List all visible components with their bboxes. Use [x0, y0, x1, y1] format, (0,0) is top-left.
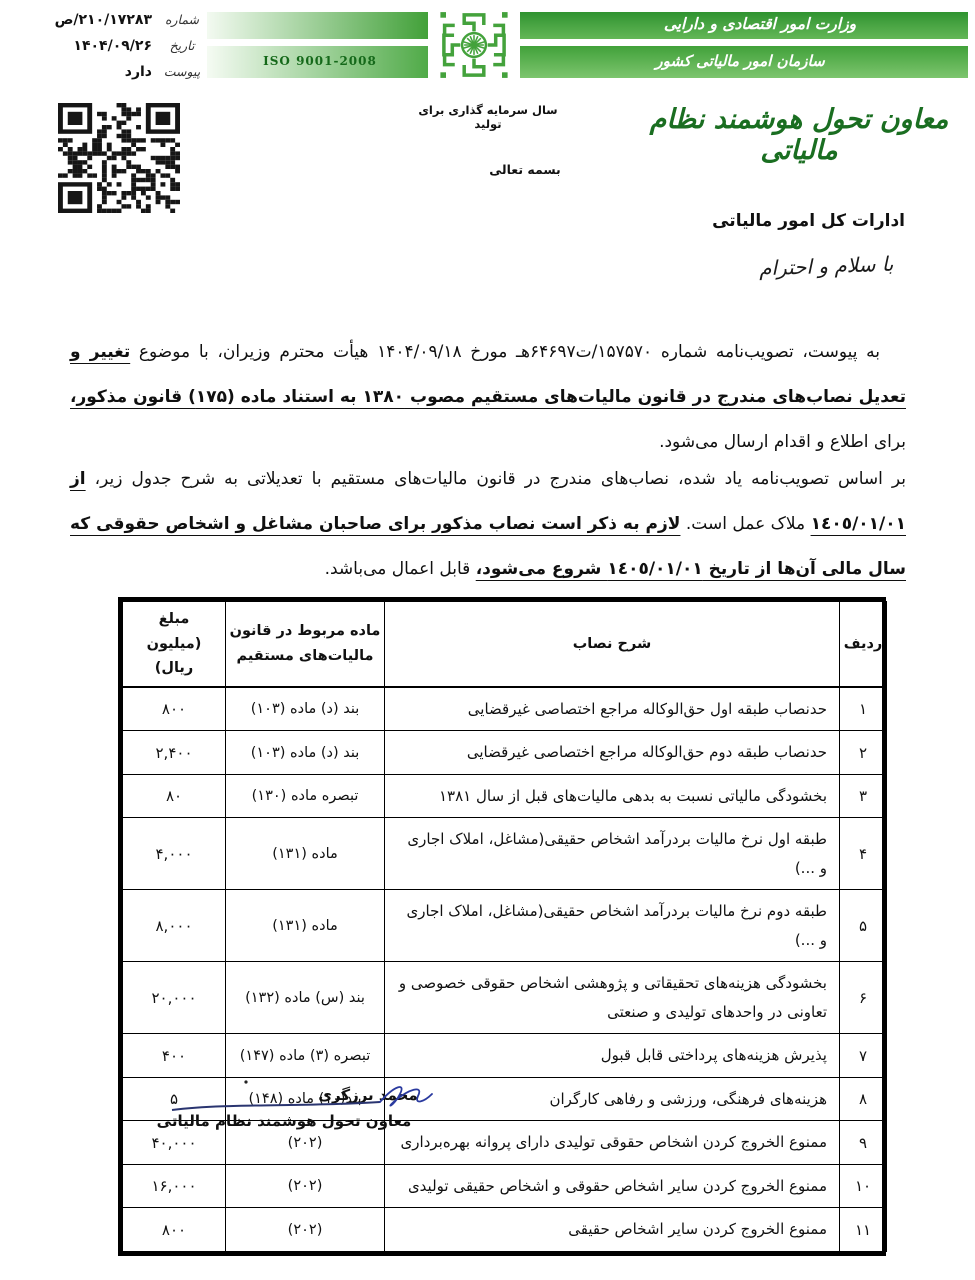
table-row: ۳بخشودگی مالیاتی نسبت به بدهی مالیات‌های…: [123, 774, 887, 818]
salutation-handwriting: با سلام و احترام: [758, 252, 893, 281]
p1-normal-1: به پیوست، تصویب‌نامه شماره ۱۵۷۵۷۰/ت۶۴۶۹۷…: [130, 342, 880, 362]
table-row: ۵طبقه دوم نرخ مالیات بردرآمد اشخاص حقیقی…: [123, 890, 887, 962]
row-description: پذیرش هزینه‌های پرداختی قابل قبول: [385, 1034, 840, 1078]
table-row: ۴طبقه اول نرخ مالیات بردرآمد اشخاص حقیقی…: [123, 818, 887, 890]
nisab-table-header: ردیف شرح نصاب ماده مربوط در قانون مالیات…: [123, 602, 887, 687]
tax-administration-logo-icon: [432, 4, 516, 86]
row-description: حدنصاب طبقه دوم حق‌الوکاله مراجع اختصاصی…: [385, 731, 840, 775]
qr-code: [58, 103, 180, 213]
row-number: ۹: [840, 1121, 887, 1165]
p2-normal-3: قابل اعمال می‌باشد.: [325, 559, 476, 579]
letter-meta: شماره ۲۱۰/۱۷۲۸۳/ص تاریخ ۱۴۰۴/۰۹/۲۶ پیوست…: [6, 12, 206, 90]
row-description: هزینه‌های فرهنگی، ورزشی و رفاهی کارگران: [385, 1077, 840, 1121]
table-row: ۲حدنصاب طبقه دوم حق‌الوکاله مراجع اختصاص…: [123, 731, 887, 775]
row-number: ۲: [840, 731, 887, 775]
organization-name: سازمان امور مالیاتی کشور: [560, 52, 920, 70]
row-amount: ۲۰,۰۰۰: [123, 962, 226, 1034]
row-number: ۶: [840, 962, 887, 1034]
header-row-number: ردیف: [840, 602, 887, 687]
table-row: ۱۱ممنوع الخروج کردن سایر اشخاص حقیقی(۲۰۲…: [123, 1208, 887, 1252]
year-slogan: سال سرمایه گذاری برای تولید: [413, 103, 563, 131]
nisab-table-frame: ردیف شرح نصاب ماده مربوط در قانون مالیات…: [118, 597, 886, 1256]
tax-administration-logo: [428, 2, 520, 88]
deputy-calligraphy: معاون تحول هوشمند نظام مالیاتی: [648, 104, 950, 166]
row-amount: ۴,۰۰۰: [123, 818, 226, 890]
table-row: ۷پذیرش هزینه‌های پرداختی قابل قبولتبصره …: [123, 1034, 887, 1078]
row-article: (۲۰۲): [226, 1208, 385, 1252]
header-amount-line1: مبلغ: [126, 607, 222, 632]
row-description: طبقه دوم نرخ مالیات بردرآمد اشخاص حقیقی(…: [385, 890, 840, 962]
row-description: طبقه اول نرخ مالیات بردرآمد اشخاص حقیقی(…: [385, 818, 840, 890]
paragraph-2: بر اساس تصویب‌نامه یاد شده، نصاب‌های مند…: [70, 457, 906, 592]
table-row: ۱۰ممنوع الخروج کردن سایر اشخاص حقوقی و ا…: [123, 1164, 887, 1208]
row-amount: ۱۶,۰۰۰: [123, 1164, 226, 1208]
row-article: تبصره ماده (۱۳۰): [226, 774, 385, 818]
row-description: ممنوع الخروج کردن اشخاص حقوقی تولیدی دار…: [385, 1121, 840, 1165]
row-amount: ۲,۴۰۰: [123, 731, 226, 775]
letter-page: شماره ۲۱۰/۱۷۲۸۳/ص تاریخ ۱۴۰۴/۰۹/۲۶ پیوست…: [0, 0, 975, 1280]
bismillah-text: بسمه تعالی: [485, 162, 565, 177]
row-description: حدنصاب طبقه اول حق‌الوکاله مراجع اختصاصی…: [385, 687, 840, 731]
header-amount-line2: (میلیون ریال): [126, 632, 222, 681]
date-value: ۱۴۰۴/۰۹/۲۶: [73, 38, 152, 54]
p2-normal-2: ملاک عمل است.: [680, 514, 810, 534]
row-amount: ۸۰۰: [123, 687, 226, 731]
row-number: ۱: [840, 687, 887, 731]
meta-number-row: شماره ۲۱۰/۱۷۲۸۳/ص: [6, 12, 206, 28]
row-description: ممنوع الخروج کردن سایر اشخاص حقوقی و اشخ…: [385, 1164, 840, 1208]
attachment-value: دارد: [125, 64, 152, 80]
row-description: ممنوع الخروج کردن سایر اشخاص حقیقی: [385, 1208, 840, 1252]
row-article: ماده (۱۳۱): [226, 818, 385, 890]
p1-normal-2: برای اطلاع و اقدام ارسال می‌شود.: [659, 432, 906, 452]
paragraph-1: به پیوست، تصویب‌نامه شماره ۱۵۷۵۷۰/ت۶۴۶۹۷…: [70, 330, 906, 465]
iso-certification-label: ISO 9001-2008: [240, 54, 400, 68]
row-number: ۱۰: [840, 1164, 887, 1208]
signer-title: معاون تحول هوشمند نظام مالیاتی: [150, 1112, 418, 1130]
row-article: بند (د) ماده (۱۰۳): [226, 687, 385, 731]
row-number: ۱۱: [840, 1208, 887, 1252]
table-row: ۶بخشودگی هزینه‌های تحقیقاتی و پژوهشی اشخ…: [123, 962, 887, 1034]
row-article: بند (س) ماده (۱۳۲): [226, 962, 385, 1034]
nisab-table: ردیف شرح نصاب ماده مربوط در قانون مالیات…: [122, 601, 887, 1252]
header-description: شرح نصاب: [385, 602, 840, 687]
p2-normal-1: بر اساس تصویب‌نامه یاد شده، نصاب‌های مند…: [86, 469, 906, 489]
row-number: ۳: [840, 774, 887, 818]
row-description: بخشودگی هزینه‌های تحقیقاتی و پژوهشی اشخا…: [385, 962, 840, 1034]
row-amount: ۸,۰۰۰: [123, 890, 226, 962]
date-label: تاریخ: [158, 38, 206, 53]
row-number: ۷: [840, 1034, 887, 1078]
meta-attachment-row: پیوست دارد: [6, 64, 206, 80]
row-amount: ۴۰۰: [123, 1034, 226, 1078]
row-number: ۵: [840, 890, 887, 962]
row-article: تبصره (۳) ماده (۱۴۷): [226, 1034, 385, 1078]
number-value: ۲۱۰/۱۷۲۸۳/ص: [55, 12, 152, 28]
row-article: بند (د) ماده (۱۰۳): [226, 731, 385, 775]
meta-date-row: تاریخ ۱۴۰۴/۰۹/۲۶: [6, 38, 206, 54]
row-number: ۴: [840, 818, 887, 890]
ministry-name: وزارت امور اقتصادی و دارایی: [560, 15, 960, 33]
header-article: ماده مربوط در قانون مالیات‌های مستقیم: [226, 602, 385, 687]
row-amount: ۸۰۰: [123, 1208, 226, 1252]
header-band-left-top: [207, 12, 432, 39]
header-amount: مبلغ (میلیون ریال): [123, 602, 226, 687]
row-article: ماده (۱۳۱): [226, 890, 385, 962]
table-row: ۱حدنصاب طبقه اول حق‌الوکاله مراجع اختصاص…: [123, 687, 887, 731]
attachment-label: پیوست: [158, 64, 206, 79]
row-amount: ۸۰: [123, 774, 226, 818]
number-label: شماره: [158, 12, 206, 27]
row-description: بخشودگی مالیاتی نسبت به بدهی مالیات‌های …: [385, 774, 840, 818]
recipient-line: ادارات کل امور مالیاتی: [712, 211, 905, 231]
row-number: ۸: [840, 1077, 887, 1121]
row-article: (۲۰۲): [226, 1164, 385, 1208]
